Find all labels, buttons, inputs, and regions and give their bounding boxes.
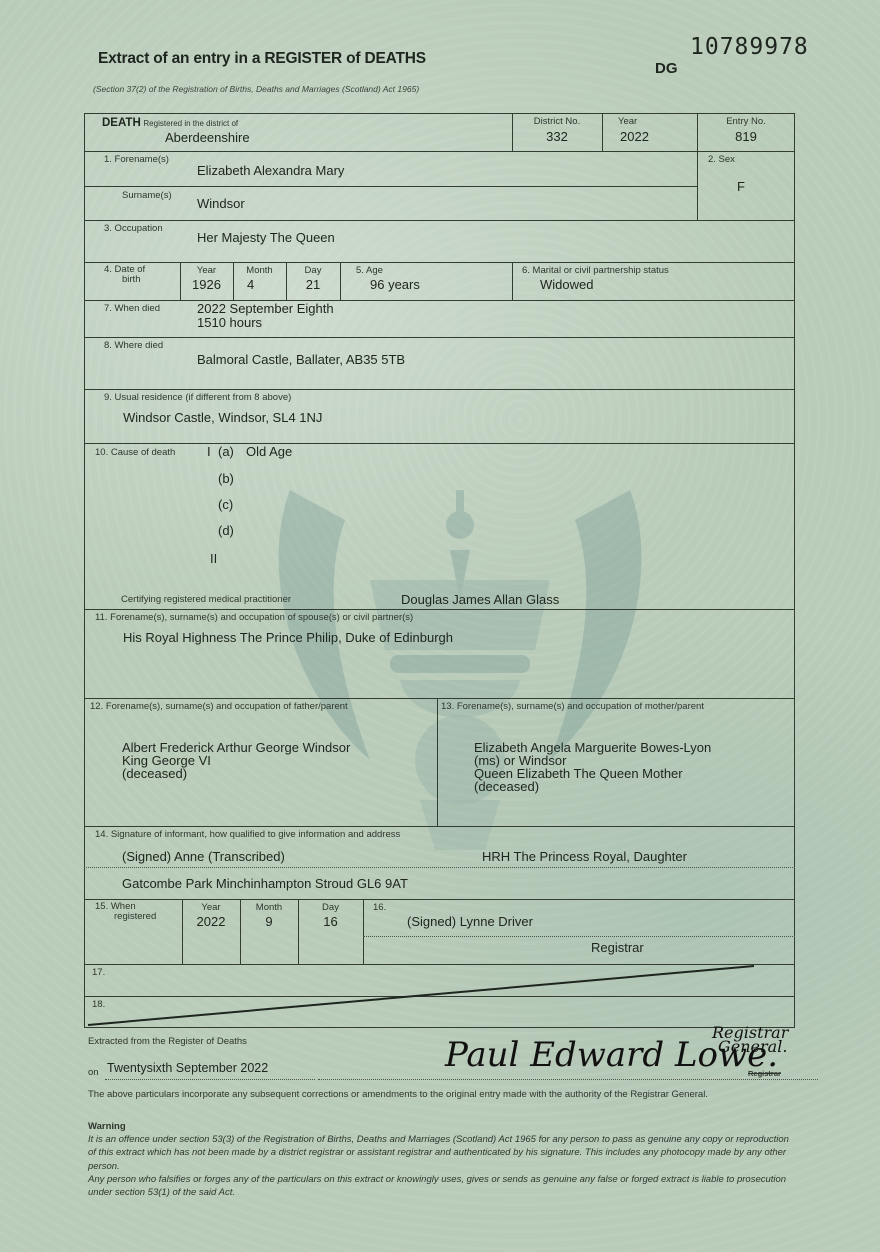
dob-label-group: 4. Date of birth	[104, 265, 145, 285]
strike-through-line	[84, 964, 795, 1028]
particulars-note: The above particulars incorporate any su…	[88, 1089, 813, 1102]
cause-part-ii: II	[210, 551, 217, 566]
reg-year-value: 2022	[182, 914, 240, 929]
when-died-date: 2022 September Eighth	[197, 301, 334, 316]
informant-address: Gatcombe Park Minchinhampton Stroud GL6 …	[122, 876, 408, 891]
warning-heading: Warning	[88, 1121, 126, 1132]
where-died-label: 8. Where died	[104, 340, 163, 351]
serial-number: 10789978	[690, 34, 809, 60]
printed-registrar-title: Registrar	[748, 1069, 781, 1078]
residence-value: Windsor Castle, Windsor, SL4 1NJ	[123, 410, 322, 425]
age-label: 5. Age	[356, 265, 383, 276]
practitioner-label: Certifying registered medical practition…	[121, 594, 291, 605]
signature-title: Registrar General.	[712, 1026, 788, 1054]
father-value: Albert Frederick Arthur George Windsor K…	[122, 741, 350, 780]
registrar-title: Registrar	[591, 940, 644, 955]
entry-no-label: Entry No.	[697, 116, 795, 127]
dob-month-value: 4	[247, 277, 254, 292]
marital-status-value: Widowed	[540, 277, 593, 292]
death-label-group: DEATH Registered in the district of	[102, 117, 238, 129]
year-value: 2022	[620, 129, 649, 144]
age-value: 96 years	[370, 277, 420, 292]
document-subtitle: (Section 37(2) of the Registration of Bi…	[93, 84, 419, 94]
year-label: Year	[618, 116, 637, 127]
cause-of-death-label: 10. Cause of death	[95, 447, 175, 458]
father-line: (deceased)	[122, 767, 350, 780]
warning-text: It is an offence under section 53(3) of …	[88, 1133, 798, 1199]
document-title: Extract of an entry in a REGISTER of DEA…	[98, 50, 426, 68]
dob-day-value: 21	[286, 277, 340, 292]
when-died-time: 1510 hours	[197, 315, 262, 330]
occupation-label: 3. Occupation	[104, 223, 163, 234]
on-label: on	[88, 1067, 99, 1078]
district-no-value: 332	[512, 129, 602, 144]
reg-day-value: 16	[298, 914, 363, 929]
extracted-label: Extracted from the Register of Deaths	[88, 1036, 247, 1047]
cause-part-i: I	[207, 444, 211, 459]
spouse-label: 11. Forename(s), surname(s) and occupati…	[95, 612, 413, 623]
dob-label-2: birth	[104, 275, 145, 285]
father-label: 12. Forename(s), surname(s) and occupati…	[90, 701, 348, 712]
dob-year-label: Year	[180, 265, 233, 276]
occupation-value: Her Majesty The Queen	[197, 230, 335, 245]
district-value: Aberdeenshire	[165, 130, 250, 145]
reg-year-label: Year	[182, 902, 240, 913]
marital-status-label: 6. Marital or civil partnership status	[522, 265, 669, 276]
district-no-label: District No.	[512, 116, 602, 127]
district-label: Registered in the district of	[143, 119, 238, 128]
mother-line: (deceased)	[474, 780, 711, 793]
dob-month-label: Month	[233, 265, 286, 276]
mother-label: 13. Forename(s), surname(s) and occupati…	[441, 701, 704, 712]
reg-month-label: Month	[240, 902, 298, 913]
registrar-signature: (Signed) Lynne Driver	[407, 914, 533, 929]
cause-a-value: Old Age	[246, 444, 292, 459]
warning-paragraph: Any person who falsifies or forges any o…	[88, 1173, 798, 1200]
entry-no-value: 819	[697, 129, 795, 144]
reg-day-label: Day	[298, 902, 363, 913]
registrar-field-label: 16.	[373, 902, 386, 913]
informant-qualification: HRH The Princess Royal, Daughter	[482, 849, 687, 864]
reg-month-value: 9	[240, 914, 298, 929]
cause-a-marker: (a)	[218, 444, 234, 459]
extracted-date: Twentysixth September 2022	[107, 1061, 268, 1075]
mother-value: Elizabeth Angela Marguerite Bowes-Lyon (…	[474, 741, 711, 793]
informant-label: 14. Signature of informant, how qualifie…	[95, 829, 400, 840]
signature-title-line: General.	[712, 1040, 788, 1054]
sex-label: 2. Sex	[708, 154, 735, 165]
sex-value: F	[737, 179, 745, 194]
dob-day-label: Day	[286, 265, 340, 276]
warning-paragraph: It is an offence under section 53(3) of …	[88, 1133, 798, 1173]
surname-label: Surname(s)	[122, 190, 172, 201]
practitioner-value: Douglas James Allan Glass	[401, 592, 559, 607]
dob-year-value: 1926	[180, 277, 233, 292]
where-died-value: Balmoral Castle, Ballater, AB35 5TB	[197, 352, 405, 367]
informant-signature: (Signed) Anne (Transcribed)	[122, 849, 285, 864]
death-label: DEATH	[102, 117, 141, 129]
registered-label-group: 15. When registered	[95, 902, 156, 922]
forenames-value: Elizabeth Alexandra Mary	[197, 163, 344, 178]
serial-prefix: DG	[655, 60, 678, 77]
residence-label: 9. Usual residence (if different from 8 …	[104, 392, 291, 403]
registered-label-2: registered	[95, 912, 156, 922]
spouse-value: His Royal Highness The Prince Philip, Du…	[123, 630, 453, 645]
when-died-label: 7. When died	[104, 303, 160, 314]
cause-b-marker: (b)	[218, 471, 234, 486]
cause-d-marker: (d)	[218, 523, 234, 538]
cause-c-marker: (c)	[218, 497, 233, 512]
surname-value: Windsor	[197, 196, 245, 211]
forenames-label: 1. Forename(s)	[104, 154, 169, 165]
